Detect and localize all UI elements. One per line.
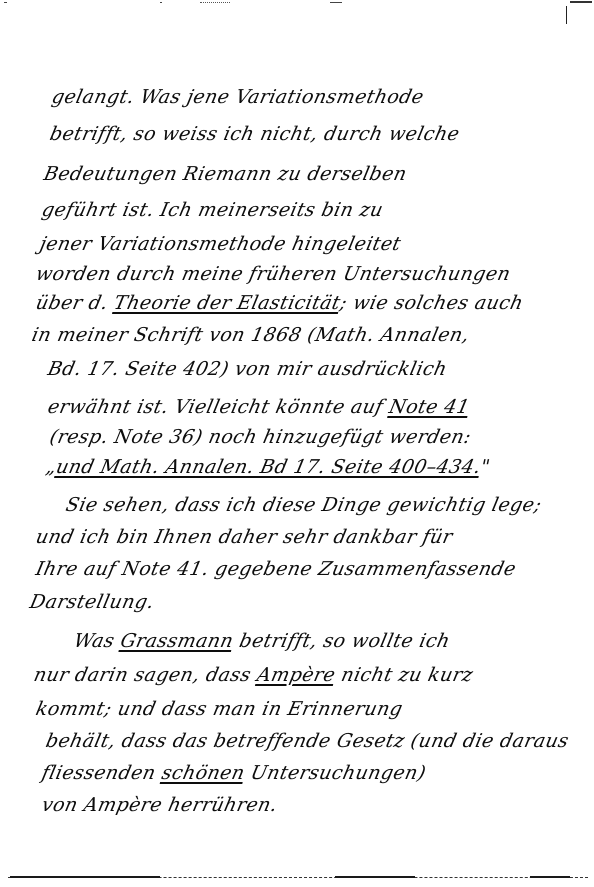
manuscript-line: kommt; und dass man in Erinnerung [34, 700, 404, 719]
scan-speckle [4, 2, 7, 3]
text-segment: Untersuchungen) [242, 762, 428, 784]
text-segment: jener Variationsmethode hingeleitet [38, 233, 403, 255]
page-bottom-edge-solid [530, 876, 570, 878]
text-segment: Ihre auf Note 41. gegebene Zusammenfasse… [34, 558, 518, 580]
text-segment: worden durch meine früheren Untersuchung… [34, 263, 513, 285]
text-segment: Bd. 17. Seite 402) von mir ausdrücklich [46, 358, 449, 380]
manuscript-line: erwähnt ist. Vielleicht könnte auf Note … [46, 398, 471, 417]
text-segment: Bedeutungen Riemann zu derselben [42, 163, 409, 185]
text-segment: ; wie solches auch [338, 292, 526, 314]
manuscript-line: behält, dass das betreffende Gesetz (und… [44, 732, 570, 751]
text-segment: fliessenden [40, 762, 165, 784]
manuscript-line: fliessenden schönen Untersuchungen) [40, 764, 428, 783]
underlined-phrase: Note 41 [387, 396, 472, 418]
manuscript-line: Bedeutungen Riemann zu derselben [42, 165, 408, 184]
text-segment: gelangt. Was jene Variationsmethode [50, 86, 426, 108]
manuscript-line: von Ampère herrühren. [40, 796, 279, 815]
underlined-phrase: Grassmann [118, 630, 235, 652]
text-segment: betrifft, so wollte ich [231, 630, 452, 652]
underlined-phrase: schönen [160, 762, 247, 784]
manuscript-line: Sie sehen, dass ich diese Dinge gewichti… [64, 496, 543, 515]
text-segment: und ich bin Ihnen daher sehr dankbar für [34, 526, 455, 548]
underlined-phrase: Ampère [255, 664, 338, 686]
text-segment: kommt; und dass man in Erinnerung [34, 698, 405, 720]
text-segment: Darstellung. [28, 591, 157, 613]
text-segment: Sie sehen, dass ich diese Dinge gewichti… [64, 494, 544, 516]
text-segment: von Ampère herrühren. [40, 794, 280, 816]
manuscript-line: über d. Theorie der Elasticität; wie sol… [34, 294, 525, 313]
manuscript-line: Darstellung. [28, 593, 156, 612]
text-segment: über d. [34, 292, 117, 314]
manuscript-line: Ihre auf Note 41. gegebene Zusammenfasse… [34, 560, 518, 579]
page-bottom-edge-solid [10, 876, 160, 878]
text-segment: Was [72, 630, 123, 652]
text-segment: behält, dass das betreffende Gesetz (und… [44, 730, 571, 752]
manuscript-line: Was Grassmann betrifft, so wollte ich [72, 632, 452, 651]
underlined-phrase: Theorie der Elasticität [112, 292, 343, 314]
manuscript-line: gelangt. Was jene Variationsmethode [50, 88, 426, 107]
text-segment: nur darin sagen, dass [32, 664, 260, 686]
manuscript-line: und ich bin Ihnen daher sehr dankbar für [34, 528, 454, 547]
text-segment: betrifft, so weiss ich nicht, durch welc… [48, 123, 462, 145]
scan-speckle [330, 2, 342, 3]
manuscript-line: Bd. 17. Seite 402) von mir ausdrücklich [46, 360, 449, 379]
text-segment: in meiner Schrift von 1868 (Math. Annale… [30, 324, 472, 346]
scan-artifact-corner-dash [570, 1, 592, 3]
text-segment: geführt ist. [40, 199, 163, 221]
text-segment: (resp. Note 36) noch hinzugefügt werden: [48, 426, 474, 448]
manuscript-line: „und Math. Annalen. Bd 17. Seite 400–434… [44, 458, 492, 477]
text-segment: nicht zu kurz [333, 664, 475, 686]
manuscript-line: betrifft, so weiss ich nicht, durch welc… [48, 125, 461, 144]
text-segment: erwähnt ist. Vielleicht könnte auf [46, 396, 392, 418]
manuscript-line: nur darin sagen, dass Ampère nicht zu ku… [32, 666, 475, 685]
underlined-phrase: und Math. Annalen. Bd 17. Seite 400–434. [54, 456, 483, 478]
manuscript-line: in meiner Schrift von 1868 (Math. Annale… [30, 326, 471, 345]
manuscript-line: jener Variationsmethode hingeleitet [38, 235, 403, 254]
scan-artifact-corner-mark [566, 6, 567, 24]
text-segment: Ich meinerseits bin zu [158, 199, 385, 221]
manuscript-line: geführt ist. Ich meinerseits bin zu [40, 201, 385, 220]
scan-speckle [200, 2, 230, 4]
page-bottom-edge-solid [335, 876, 415, 878]
manuscript-line: worden durch meine früheren Untersuchung… [34, 265, 512, 284]
manuscript-page: gelangt. Was jene Variationsmethodebetri… [0, 0, 594, 887]
scan-speckle [160, 2, 162, 3]
manuscript-line: (resp. Note 36) noch hinzugefügt werden: [48, 428, 473, 447]
